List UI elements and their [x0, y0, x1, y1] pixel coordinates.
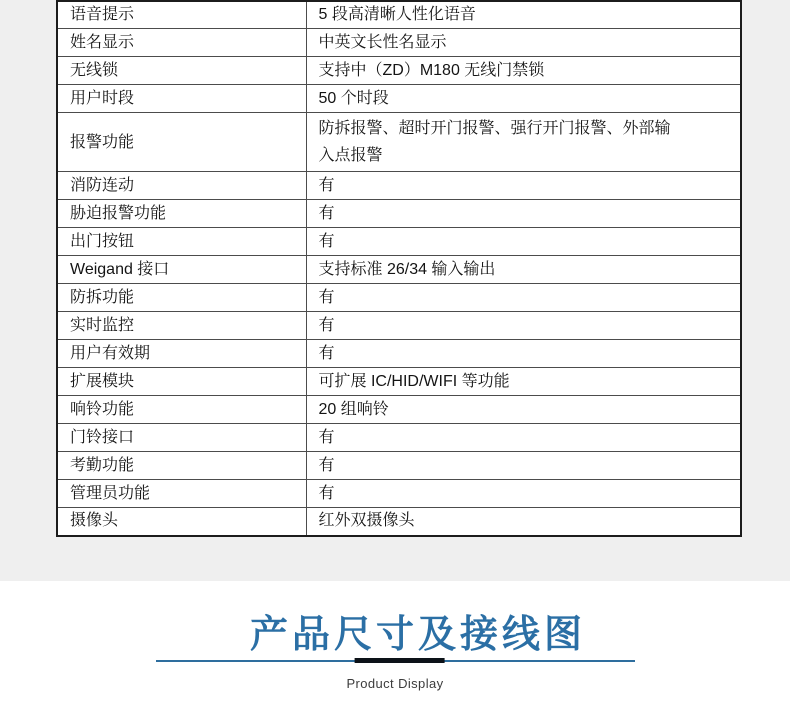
spec-label-cell: 扩展模块 — [57, 368, 306, 396]
spec-label-cell: 防拆功能 — [57, 284, 306, 312]
spec-label-cell: 语音提示 — [57, 1, 306, 29]
spec-value-cell: 50 个时段 — [306, 85, 741, 113]
table-row: 扩展模块可扩展 IC/HID/WIFI 等功能 — [57, 368, 741, 396]
section-subtitle: Product Display — [0, 676, 790, 691]
spec-value-cell: 有 — [306, 228, 741, 256]
spec-label-cell: 管理员功能 — [57, 480, 306, 508]
table-row: 无线锁支持中（ZD）M180 无线门禁锁 — [57, 57, 741, 85]
spec-value-cell: 有 — [306, 480, 741, 508]
table-row: 姓名显示中英文长性名显示 — [57, 29, 741, 57]
spec-label-cell: 实时监控 — [57, 312, 306, 340]
spec-value-cell: 红外双摄像头 — [306, 508, 741, 536]
spec-value-cell: 20 组响铃 — [306, 396, 741, 424]
spec-value-cell: 中英文长性名显示 — [306, 29, 741, 57]
spec-label-cell: 摄像头 — [57, 508, 306, 536]
spec-label-cell: 消防连动 — [57, 172, 306, 200]
spec-value-cell: 有 — [306, 284, 741, 312]
product-spec-section: 语音提示5 段高清晰人性化语音姓名显示中英文长性名显示无线锁支持中（ZD）M18… — [0, 0, 790, 581]
table-row: 消防连动有 — [57, 172, 741, 200]
table-row: 报警功能防拆报警、超时开门报警、强行开门报警、外部输入点报警 — [57, 113, 741, 172]
table-row: 出门按钮有 — [57, 228, 741, 256]
spec-value-cell: 可扩展 IC/HID/WIFI 等功能 — [306, 368, 741, 396]
spec-label-cell: 考勤功能 — [57, 452, 306, 480]
spec-value-cell: 有 — [306, 340, 741, 368]
table-row: 门铃接口有 — [57, 424, 741, 452]
spec-label-cell: 姓名显示 — [57, 29, 306, 57]
spec-value-cell: 防拆报警、超时开门报警、强行开门报警、外部输入点报警 — [306, 113, 741, 172]
spec-label-cell: 响铃功能 — [57, 396, 306, 424]
section-title: 产品尺寸及接线图 — [0, 614, 790, 654]
table-row: 摄像头红外双摄像头 — [57, 508, 741, 536]
divider-accent — [354, 658, 444, 663]
spec-value-cell: 支持中（ZD）M180 无线门禁锁 — [306, 57, 741, 85]
table-row: Weigand 接口支持标准 26/34 输入输出 — [57, 256, 741, 284]
spec-value-cell: 5 段高清晰人性化语音 — [306, 1, 741, 29]
spec-label-cell: 出门按钮 — [57, 228, 306, 256]
table-row: 胁迫报警功能有 — [57, 200, 741, 228]
table-row: 管理员功能有 — [57, 480, 741, 508]
spec-label-cell: 用户有效期 — [57, 340, 306, 368]
spec-value-cell: 有 — [306, 312, 741, 340]
table-row: 响铃功能20 组响铃 — [57, 396, 741, 424]
section-divider — [156, 660, 635, 662]
spec-label-cell: 用户时段 — [57, 85, 306, 113]
spec-value-cell: 支持标准 26/34 输入输出 — [306, 256, 741, 284]
table-row: 防拆功能有 — [57, 284, 741, 312]
table-row: 实时监控有 — [57, 312, 741, 340]
spec-label-cell: 门铃接口 — [57, 424, 306, 452]
spec-value-cell: 有 — [306, 172, 741, 200]
spec-value-cell: 有 — [306, 452, 741, 480]
table-row: 用户有效期有 — [57, 340, 741, 368]
spec-label-cell: 胁迫报警功能 — [57, 200, 306, 228]
spec-value-cell: 有 — [306, 424, 741, 452]
spec-value-cell: 有 — [306, 200, 741, 228]
table-row: 用户时段50 个时段 — [57, 85, 741, 113]
spec-label-cell: 报警功能 — [57, 113, 306, 172]
spec-label-cell: Weigand 接口 — [57, 256, 306, 284]
table-row: 语音提示5 段高清晰人性化语音 — [57, 1, 741, 29]
spec-label-cell: 无线锁 — [57, 57, 306, 85]
spec-table: 语音提示5 段高清晰人性化语音姓名显示中英文长性名显示无线锁支持中（ZD）M18… — [56, 0, 742, 537]
table-row: 考勤功能有 — [57, 452, 741, 480]
